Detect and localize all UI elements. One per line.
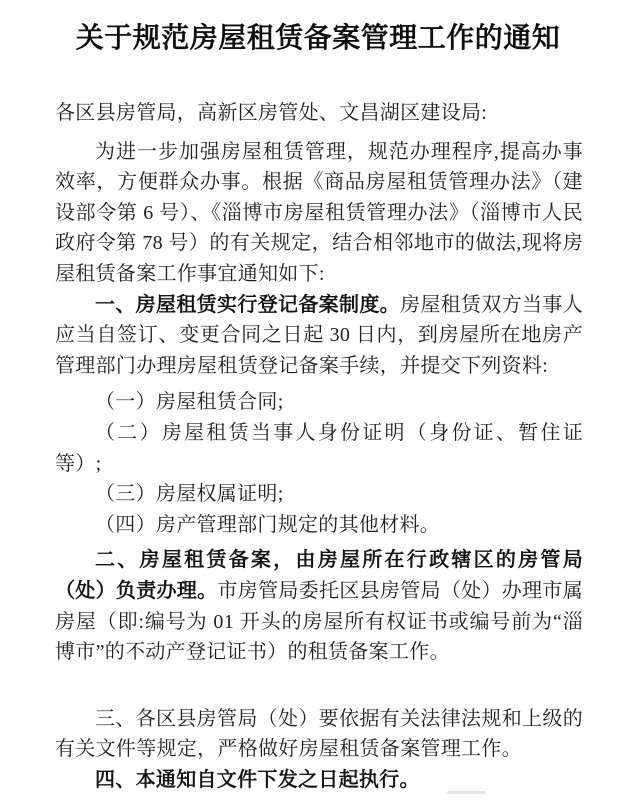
list-item-3: （三）房屋权属证明; [55, 479, 583, 510]
section-2-paragraph: 二、房屋租赁备案，由房屋所在行政辖区的房管局（处）负责办理。市房管局委托区县房管… [55, 545, 583, 667]
document-body: 各区县房管局，高新区房管处、文昌湖区建设局: 为进一步加强房屋租赁管理，规范办理… [55, 98, 583, 795]
document-page: 关于规范房屋租赁备案管理工作的通知 各区县房管局，高新区房管处、文昌湖区建设局:… [0, 0, 636, 803]
section-4-paragraph: 四、本通知自文件下发之日起执行。 [55, 765, 583, 796]
list-item-2: （二）房屋租赁当事人身份证明（身份证、暂住证等）; [55, 418, 583, 479]
list-item-4: （四）房产管理部门规定的其他材料。 [55, 510, 583, 541]
list-item-1: （一）房屋租赁合同; [55, 387, 583, 418]
document-title: 关于规范房屋租赁备案管理工作的通知 [0, 0, 636, 55]
intro-paragraph: 为进一步加强房屋租赁管理，规范办理程序,提高办事效率，方便群众办事。根据《商品房… [55, 137, 583, 290]
scan-artifact-line [447, 791, 486, 794]
section-3-paragraph: 三、各区县房管局（处）要依据有关法律法规和上级的有关文件等规定，严格做好房屋租赁… [55, 704, 583, 765]
section-1-heading: 一、房屋租赁实行登记备案制度。 [95, 294, 400, 316]
section-1-paragraph: 一、房屋租赁实行登记备案制度。房屋租赁双方当事人应当自签订、变更合同之日起 30… [55, 290, 583, 382]
salutation-line: 各区县房管局，高新区房管处、文昌湖区建设局: [55, 98, 583, 129]
